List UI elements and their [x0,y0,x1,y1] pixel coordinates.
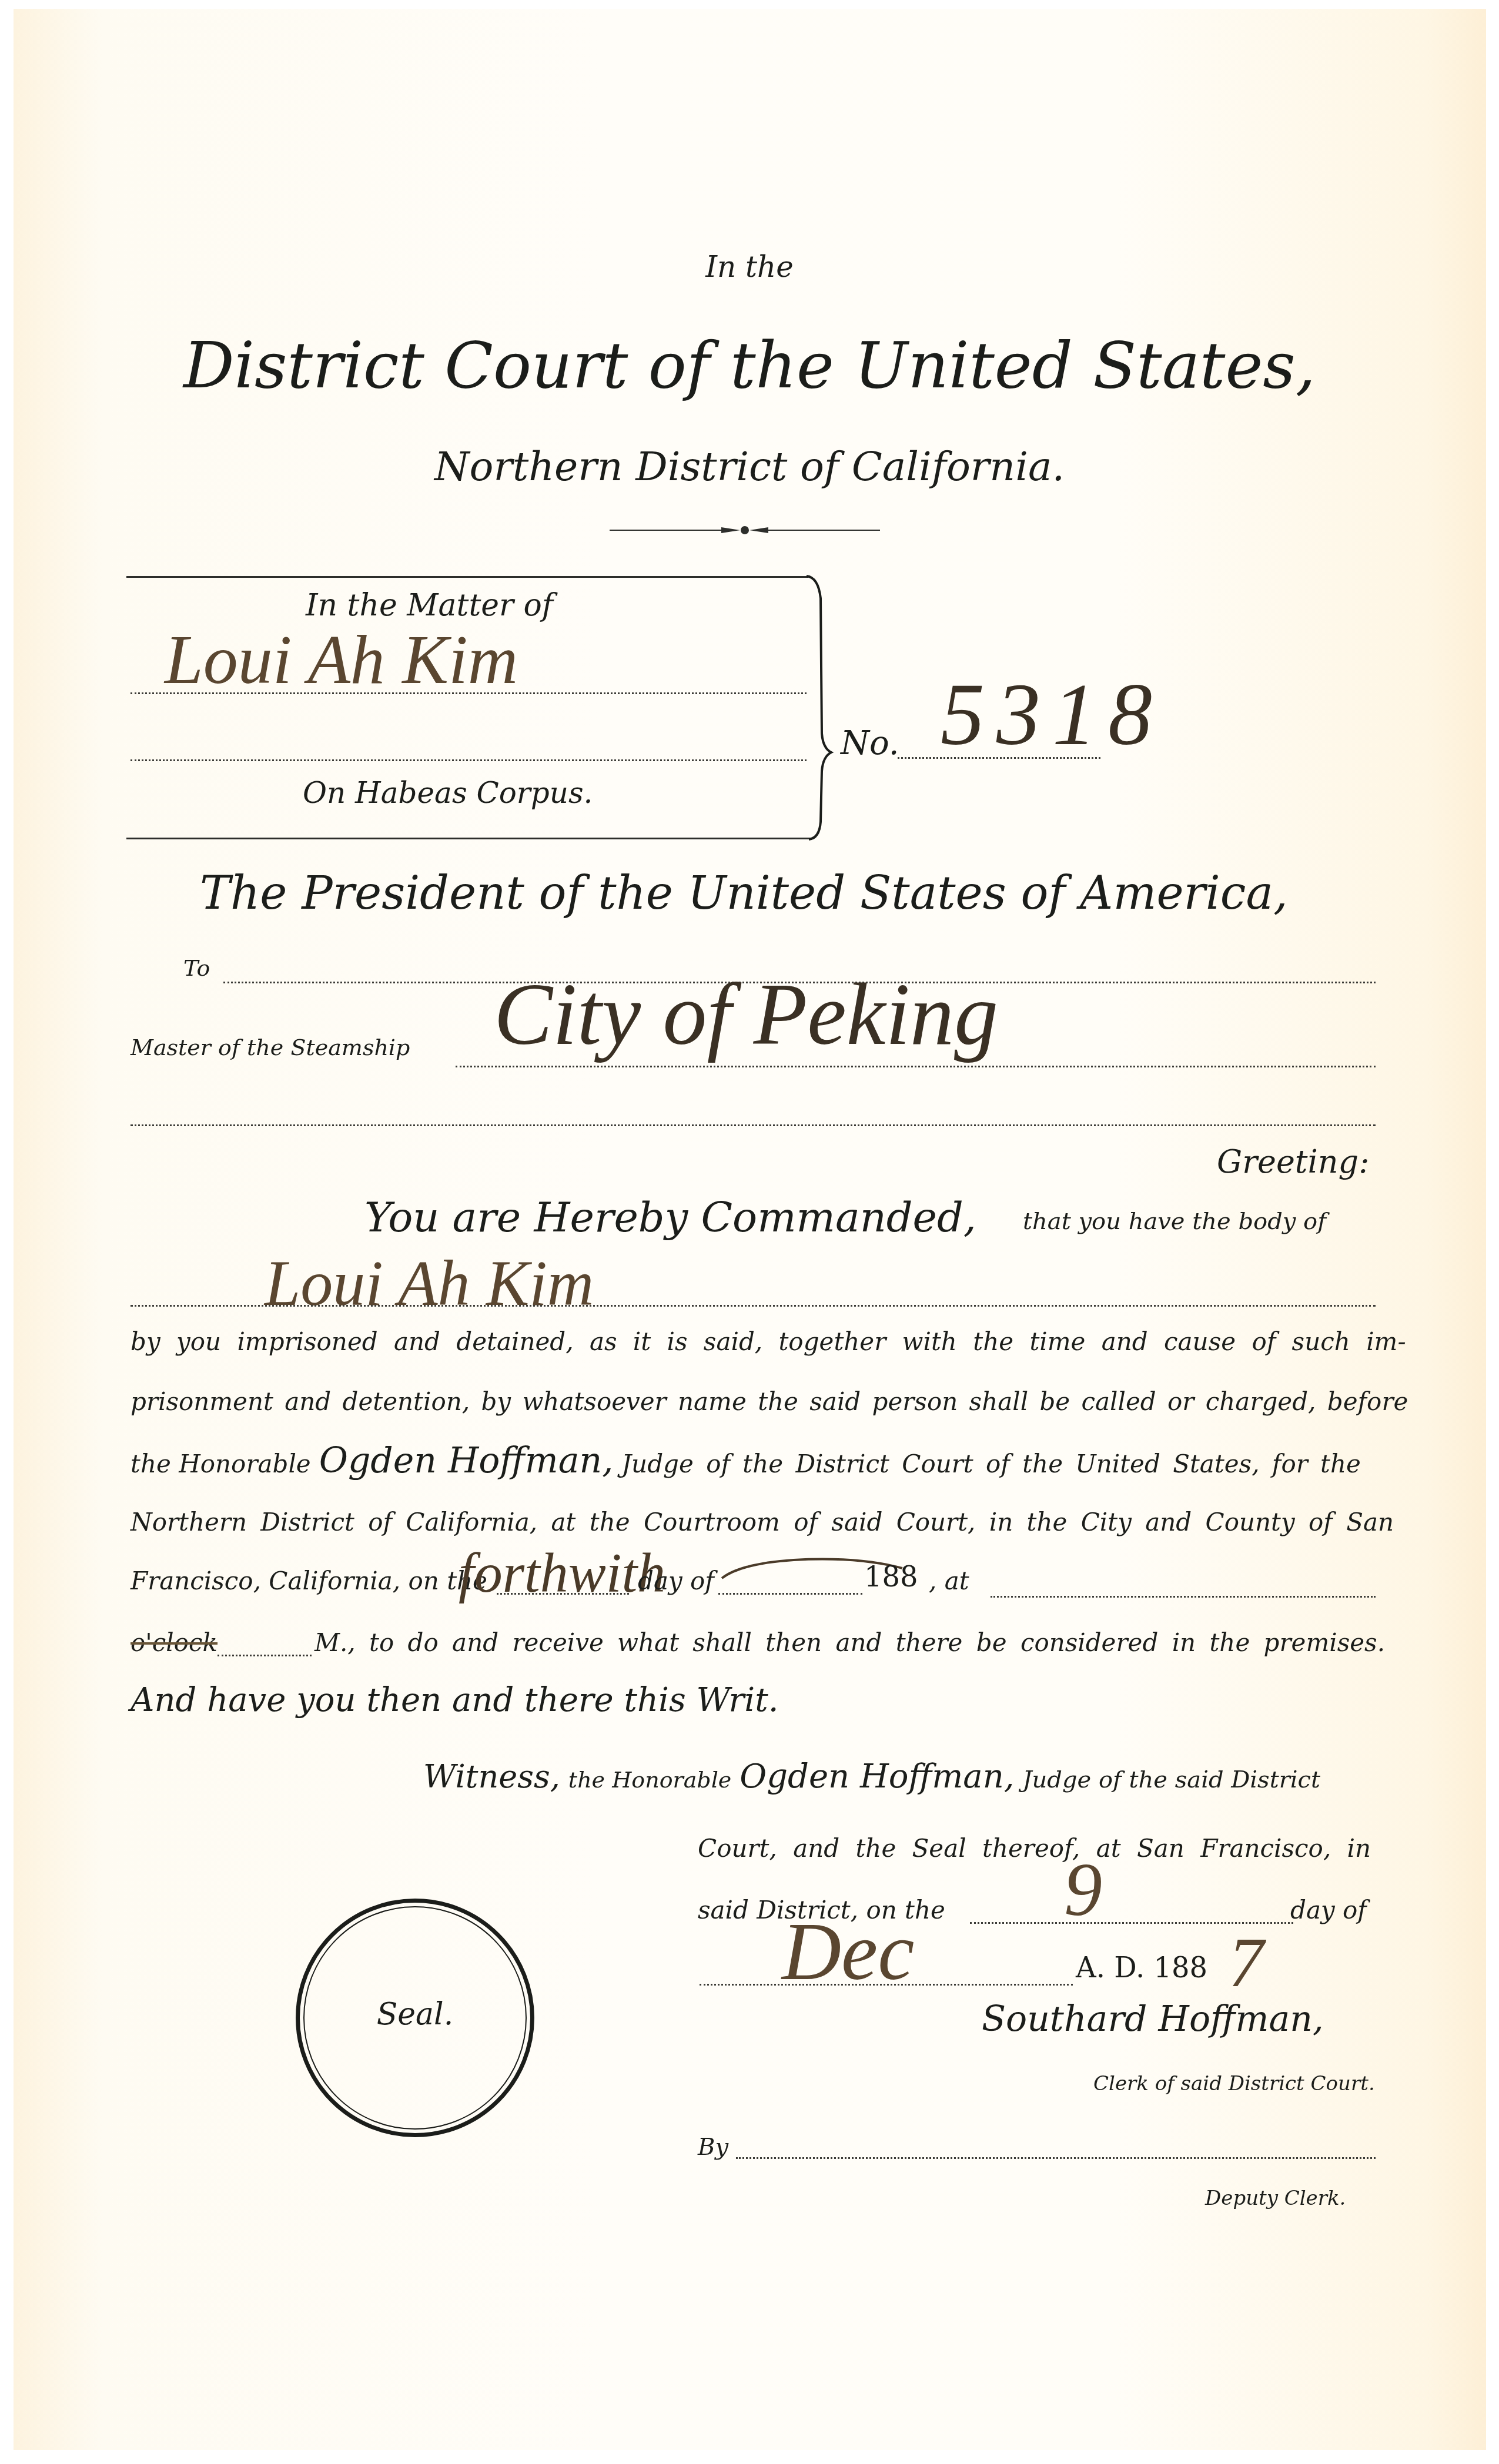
witness-year-suffix: 7 [1229,1922,1264,2003]
ornament-divider [610,526,880,534]
steamship-name: City of Peking [494,964,998,1065]
seal: Seal. [296,1899,534,2137]
petitioner-name: Loui Ah Kim [165,620,518,700]
greeting: Greeting: [1217,1143,1369,1180]
witness-judge-title: Judge of the said District [1023,1766,1321,1793]
clerk-name: Southard Hoffman, [982,1998,1324,2040]
at-label: , at [929,1566,969,1595]
witness-month: Dec [782,1904,914,1999]
oclock-struck: o'clock [131,1628,218,1657]
location-line: Northern District of California, at the … [131,1508,1394,1536]
judge-name: Ogden Hoffman, [319,1440,614,1481]
clerk-title: Clerk of said District Court. [1093,2072,1375,2095]
witness-the-honorable: the Honorable [568,1767,731,1793]
witness-judge-name: Ogden Hoffman, [740,1757,1014,1796]
command-lead: You are Hereby Commanded, [364,1193,976,1241]
case-number-label: No. [841,724,899,762]
witness-day-of: day of [1290,1896,1367,1924]
date-day-forthwith: forthwith [459,1540,665,1605]
master-of-steamship-label: Master of the Steamship [131,1035,410,1060]
witness-label: Witness, [423,1758,560,1795]
case-number: 5318 [941,664,1164,765]
judge-line-pre: the Honorable [131,1449,311,1478]
closing-line: And have you then and there this Writ. [131,1681,779,1719]
witness-line-1: Witness, the Honorable Ogden Hoffman, Ju… [423,1757,1320,1796]
command-text-line-1: by you imprisoned and detained, as it is… [131,1327,1376,1356]
command-lead-rest: that you have the body of [1023,1208,1326,1235]
to-label: To [183,955,210,981]
ad-label: A. D. 188 [1076,1951,1207,1984]
body-name: Loui Ah Kim [265,1246,594,1321]
date-month-field [718,1593,862,1595]
brace-icon [805,575,841,841]
witness-day: 9 [1064,1846,1102,1934]
in-the-matter-of-label: In the Matter of [306,588,553,623]
command-text-line-2: prisonment and detention, by whatsoever … [131,1387,1376,1416]
by-label: By [698,2134,728,2161]
day-of-label: day of [638,1566,714,1595]
date-line-pre: Francisco, California, on the [131,1566,487,1595]
ornament-icon [721,526,768,534]
deputy-clerk-title: Deputy Clerk. [1205,2187,1346,2210]
judge-line: the Honorable Ogden Hoffman, Judge of th… [131,1440,1376,1481]
meridiem-line: M., to do and receive what shall then an… [314,1628,1385,1657]
deputy-signature-field [736,2157,1376,2159]
seal-label: Seal. [300,1997,530,2032]
district-title: Northern District of California. [0,444,1499,490]
steamship-field [456,1066,1376,1067]
header-in-the: In the [0,250,1499,284]
president-line: The President of the United States of Am… [200,867,1288,920]
witness-line-2: Court, and the Seal thereof, at San Fran… [698,1834,1371,1863]
court-title: District Court of the United States, [0,329,1499,403]
habeas-corpus-label: On Habeas Corpus. [303,776,593,810]
year-prefix: 188 [864,1561,918,1593]
judge-line-post: Judge of the District Court of the Unite… [621,1449,1361,1478]
